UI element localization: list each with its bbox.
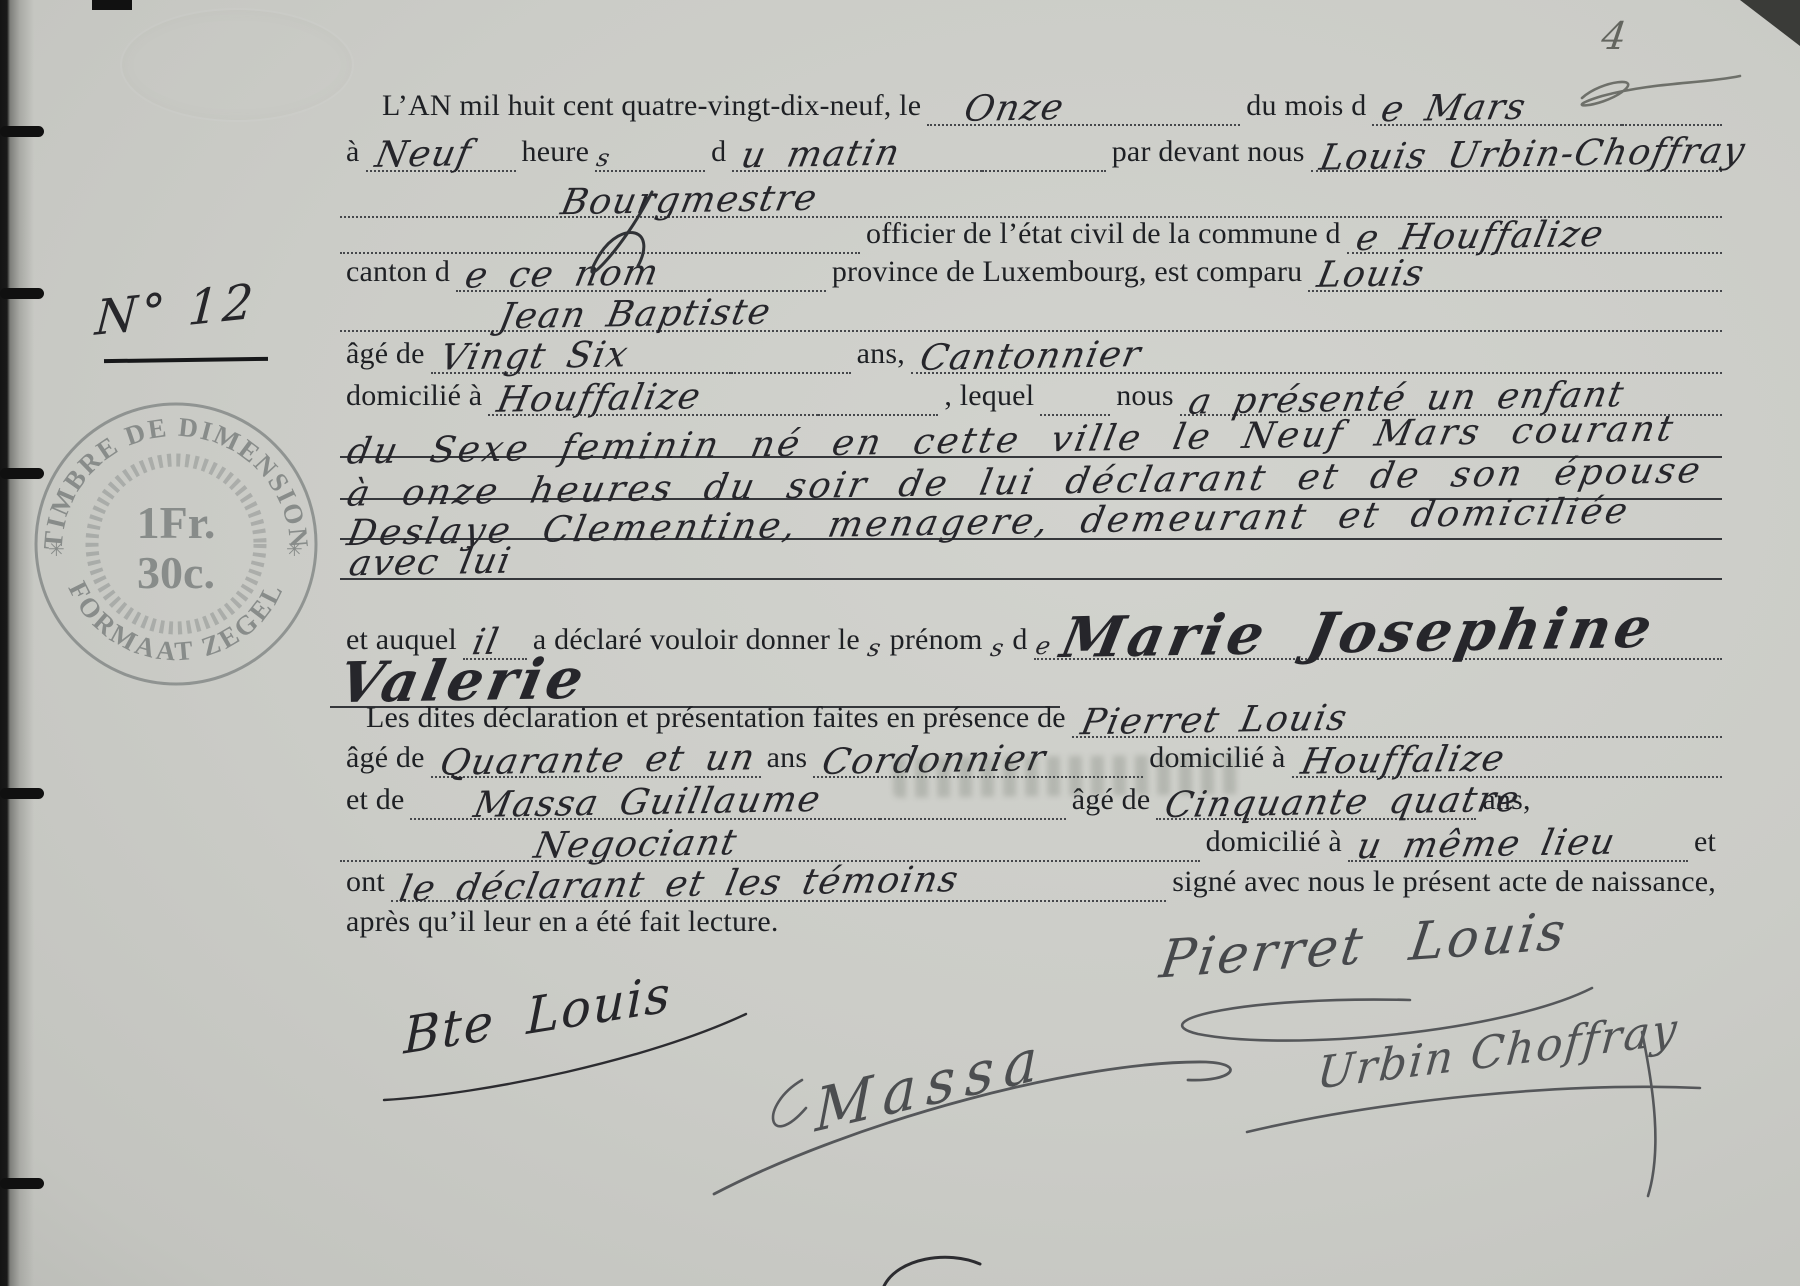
printed-years2: ans (761, 741, 814, 778)
printed-domiciled: domicilié à (340, 379, 488, 416)
printed-years: ans, (851, 337, 911, 374)
stamp-ornament-right: ✳ (286, 539, 303, 561)
binding-edge (0, 0, 34, 1286)
printed-aged: âgé de (340, 337, 431, 374)
form-line-12: avec lui (340, 534, 1722, 580)
stitch-mark (0, 788, 44, 799)
act-number-underline (104, 357, 268, 363)
printed-nous: nous (1110, 379, 1179, 416)
scanned-birth-record-page: 4 N° 12 TIMBRE DE DIMENSION FORMAAT ZEGE… (0, 0, 1800, 1286)
form-line-1: L’AN mil huit cent quatre-vingt-dix-neuf… (340, 80, 1722, 126)
form-line-7: âgé de Vingt Six ans, Cantonnier (340, 328, 1722, 374)
form-line-9: du Sexe feminin né en cette ville le Neu… (340, 412, 1722, 458)
form-line-6: Jean Baptiste (340, 286, 1722, 332)
form-line-2: à Neuf heure s d u matin par devant nous… (340, 126, 1722, 172)
printed-and-of: et de (340, 783, 410, 820)
hw-day: Onze (951, 87, 1078, 130)
stitch-mark (0, 126, 44, 137)
printed-before-us: par devant nous (1106, 135, 1311, 172)
revenue-stamp: TIMBRE DE DIMENSION FORMAAT ZEGEL 1Fr. 3… (30, 398, 322, 690)
hw-period: u matin (728, 132, 915, 176)
stamp-value-francs: 1Fr. (137, 497, 216, 548)
hw-hour: Neuf (361, 133, 485, 176)
signature-declarant: Bte Louis (403, 964, 672, 1065)
printed-at: à (340, 135, 366, 172)
printed-hours: heure (516, 135, 596, 172)
printed-lequel: , lequel (938, 379, 1040, 416)
printed-d: d (705, 135, 732, 172)
form-line-8: domicilié à Houffalize , lequel nous a p… (340, 370, 1722, 416)
hw-hours-suffix: s (592, 144, 615, 172)
printed-after-reading: après qu’il leur en a été fait lecture. (340, 905, 785, 942)
stitch-mark (0, 1178, 44, 1189)
act-number: N° 12 (93, 273, 258, 347)
signature-witness2: Massa (814, 1022, 1047, 1146)
page-corner-shadow (1740, 0, 1800, 46)
partial-signature-bottom-edge (884, 1257, 980, 1286)
printed-year-clause: L’AN mil huit cent quatre-vingt-dix-neuf… (376, 89, 927, 126)
hw-with-him: avec lui (336, 540, 526, 584)
ink-bleedthrough (893, 754, 1245, 798)
stamp-ornament-left: ✳ (48, 539, 65, 561)
printed-aged2: âgé de (340, 741, 431, 778)
stamp-value-centimes: 30c. (137, 547, 215, 598)
hw-month: e Mars (1368, 87, 1540, 131)
printed-month-label: du mois d (1240, 89, 1372, 126)
edge-mark (92, 0, 132, 10)
signature-officer: Urbin Choffray (1315, 1003, 1681, 1099)
embossed-seal-trace (120, 8, 354, 122)
folio-number: 4 (1599, 14, 1629, 58)
witness2-entry-loop (773, 1080, 806, 1126)
stitch-mark (0, 288, 44, 299)
